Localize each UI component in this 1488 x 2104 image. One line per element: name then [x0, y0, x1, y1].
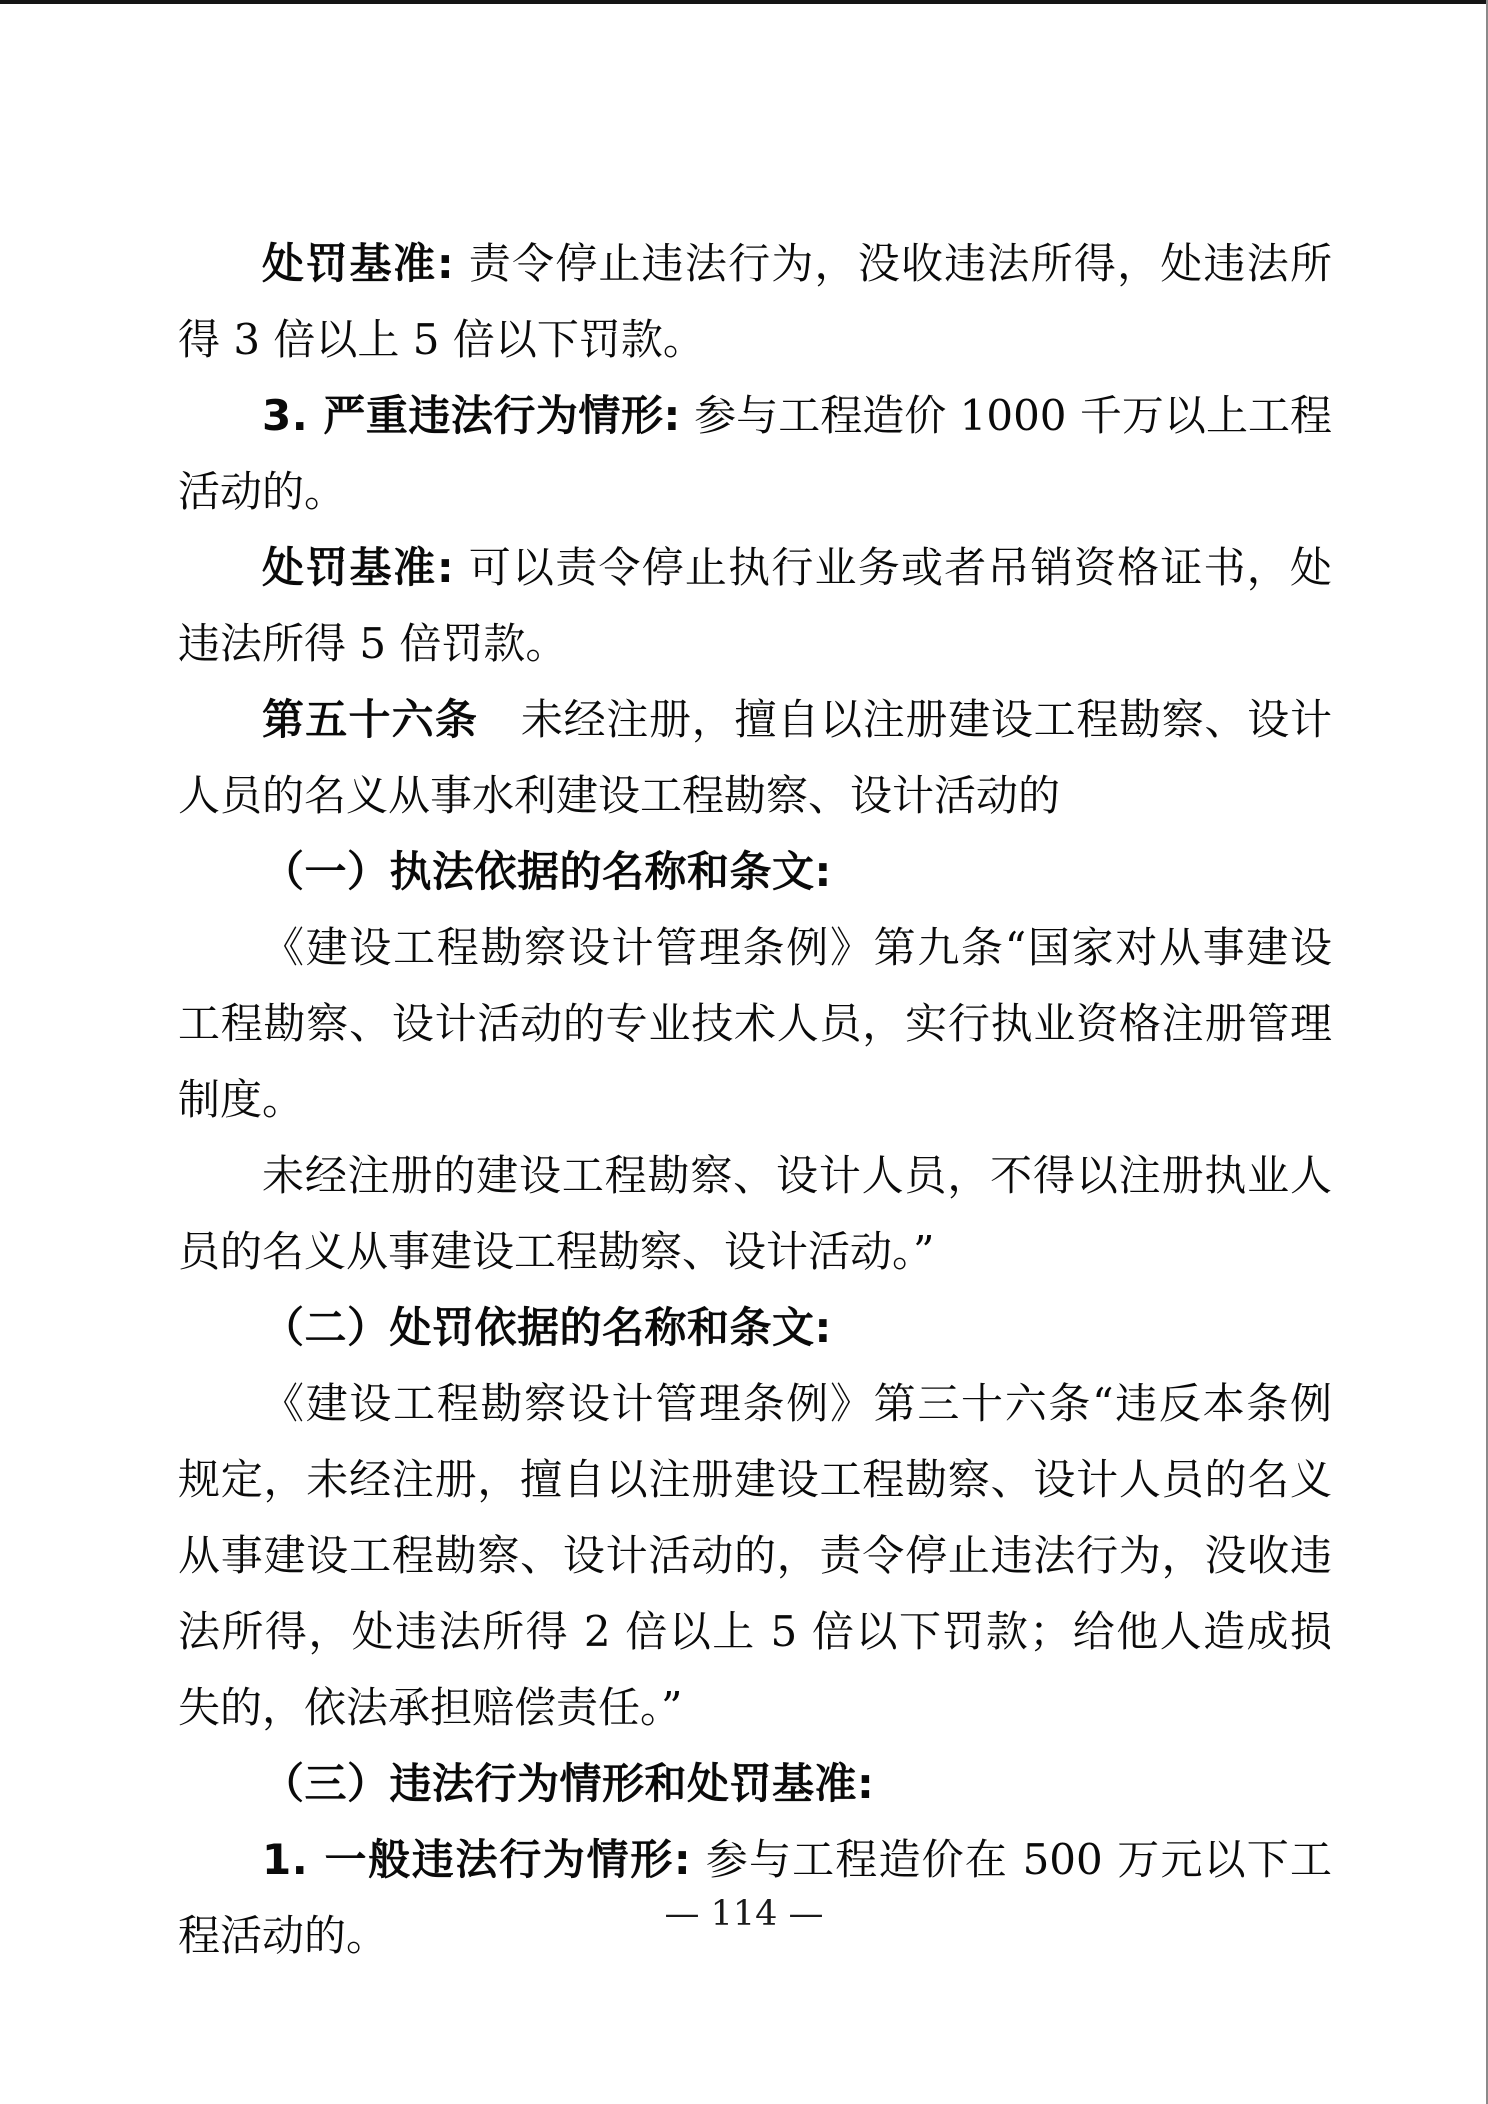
- paragraph-penalty-benchmark-2: 处罚基准: 可以责令停止执行业务或者吊销资格证书，处违法所得 5 倍罚款。: [178, 530, 1332, 682]
- paragraph-lead: 第五十六条: [262, 695, 478, 744]
- paragraph-regulation-article-9: 《建设工程勘察设计管理条例》第九条“国家对从事建设工程勘察、设计活动的专业技术人…: [178, 910, 1332, 1138]
- document-body: 处罚基准: 责令停止违法行为，没收违法所得，处违法所得 3 倍以上 5 倍以下罚…: [178, 226, 1332, 1974]
- heading-violation-situations: （三）违法行为情形和处罚基准:: [178, 1746, 1332, 1822]
- paragraph-lead: （一）执法依据的名称和条文:: [262, 847, 832, 896]
- document-page: 处罚基准: 责令停止违法行为，没收违法所得，处违法所得 3 倍以上 5 倍以下罚…: [0, 0, 1488, 2104]
- paragraph-lead: （三）违法行为情形和处罚基准:: [262, 1759, 874, 1808]
- paragraph-regulation-article-9-cont: 未经注册的建设工程勘察、设计人员，不得以注册执业人员的名义从事建设工程勘察、设计…: [178, 1138, 1332, 1290]
- paragraph-lead: 处罚基准:: [262, 543, 454, 592]
- paragraph-body: 未经注册的建设工程勘察、设计人员，不得以注册执业人员的名义从事建设工程勘察、设计…: [178, 1151, 1332, 1276]
- paragraph-lead: 3. 严重违法行为情形:: [262, 391, 681, 440]
- paragraph-body: 《建设工程勘察设计管理条例》第九条“国家对从事建设工程勘察、设计活动的专业技术人…: [178, 923, 1332, 1124]
- heading-enforcement-basis: （一）执法依据的名称和条文:: [178, 834, 1332, 910]
- paragraph-penalty-benchmark-1: 处罚基准: 责令停止违法行为，没收违法所得，处违法所得 3 倍以上 5 倍以下罚…: [178, 226, 1332, 378]
- paragraph-body: 《建设工程勘察设计管理条例》第三十六条“违反本条例规定，未经注册，擅自以注册建设…: [178, 1379, 1332, 1732]
- paragraph-lead: 1. 一般违法行为情形:: [262, 1835, 691, 1884]
- paragraph-regulation-article-36: 《建设工程勘察设计管理条例》第三十六条“违反本条例规定，未经注册，擅自以注册建设…: [178, 1366, 1332, 1746]
- paragraph-article-56: 第五十六条 未经注册，擅自以注册建设工程勘察、设计人员的名义从事水利建设工程勘察…: [178, 682, 1332, 834]
- paragraph-lead: 处罚基准:: [262, 239, 454, 288]
- page-number: — 114 —: [0, 1884, 1488, 1944]
- paragraph-severe-violation: 3. 严重违法行为情形: 参与工程造价 1000 千万以上工程活动的。: [178, 378, 1332, 530]
- heading-punishment-basis: （二）处罚依据的名称和条文:: [178, 1290, 1332, 1366]
- paragraph-lead: （二）处罚依据的名称和条文:: [262, 1303, 832, 1352]
- page-top-edge: [0, 0, 1488, 4]
